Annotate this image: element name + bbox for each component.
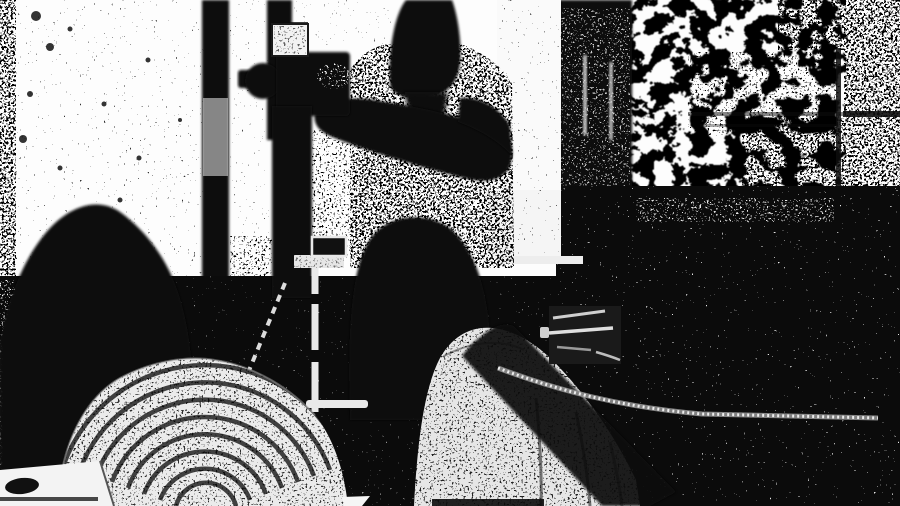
bottom-shadow-strip xyxy=(432,499,544,506)
photographer-head xyxy=(390,0,461,98)
tripod-head-box xyxy=(312,237,346,256)
tripod-crossbar xyxy=(306,400,368,408)
wall-highlight-band xyxy=(636,198,834,222)
right-window xyxy=(628,0,846,188)
photographer-hand xyxy=(317,63,351,89)
right-window-frame xyxy=(557,0,632,203)
right-edge-band xyxy=(843,0,900,206)
table-object xyxy=(540,306,621,364)
photograph xyxy=(0,0,900,506)
photo-canvas xyxy=(0,0,900,506)
left-edge-grain xyxy=(0,0,16,282)
camera-lens xyxy=(245,63,281,99)
right-window-mullion xyxy=(836,48,841,188)
tripod-column-dark xyxy=(272,106,312,298)
